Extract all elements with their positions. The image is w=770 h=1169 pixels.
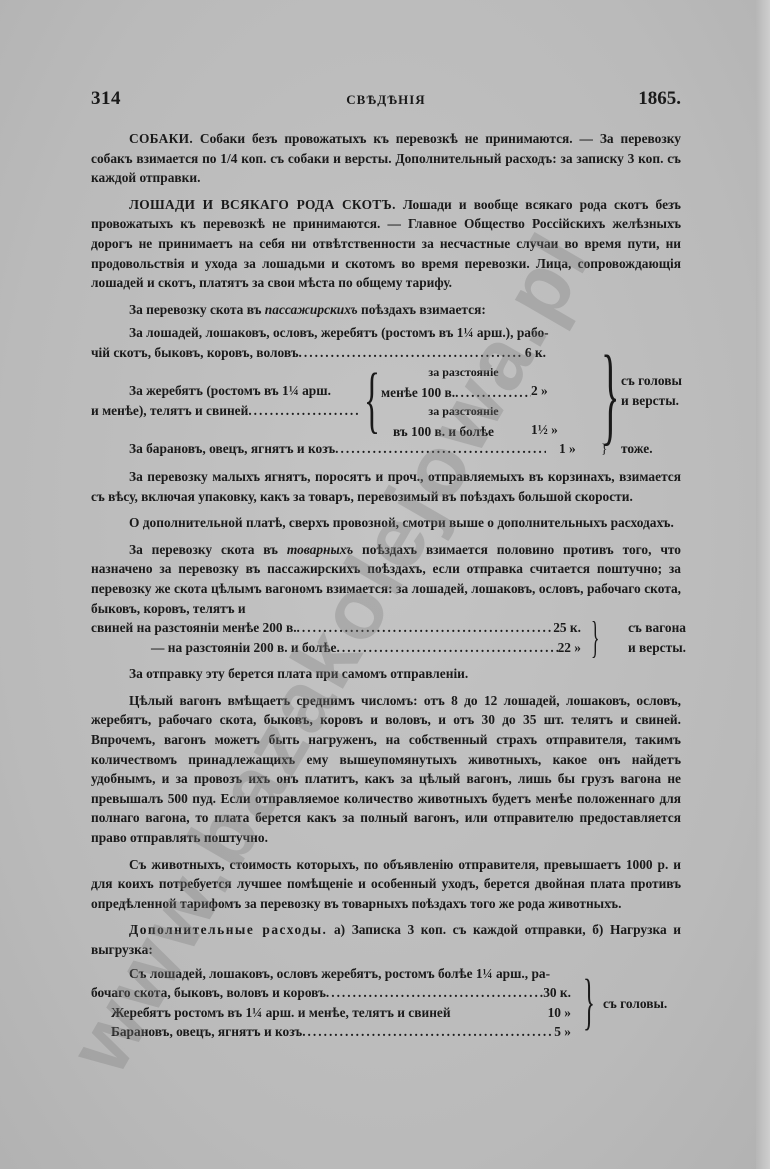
brace-right: } [601, 339, 619, 449]
tariff-value-sheep: 1 » [559, 439, 576, 459]
wagon-rates-table: свиней на разстояніи менѣе 200 в. ......… [91, 618, 681, 657]
running-title: СВѢДѢНІЯ [91, 92, 681, 108]
paragraph-small-animals: За перевозку малыхъ ягнятъ, поросятъ и п… [91, 467, 681, 506]
wagon-rate-short: свиней на разстояніи менѣе 200 в. ......… [91, 618, 581, 638]
tariff-grid: чій скотъ, быковъ, коровъ, воловъ 6 к. З… [91, 343, 681, 439]
tariff-value-long: 1½ » [531, 420, 591, 440]
loading-rates-table: Съ лошадей, лошаковъ, ословъ жеребятъ, р… [91, 964, 681, 1042]
wagon-rate-long: — на разстояніи 200 в. и болѣе .........… [91, 638, 581, 658]
tariff-value-short: 2 » [531, 381, 591, 401]
tariff-row-sheep: За барановъ, овецъ, ягнятъ и козъ 1 » } … [91, 439, 681, 461]
loading-rate-unit: съ головы. [603, 994, 667, 1014]
wagon-rate-unit: съ вагона и версты. [606, 618, 686, 657]
loading-rate-horses: бочаго скота, быковъ, воловъ и коровъ ..… [91, 983, 571, 1003]
tariff-distance-options: за разстояніе менѣе 100 в. за разстояніе… [381, 363, 546, 441]
section-heading-dogs: СОБАКИ. [129, 131, 193, 146]
intro-italic: пассажирскихъ [265, 302, 358, 317]
tariff-value-horses: 6 к. [521, 343, 546, 363]
scanned-page: 314 СВѢДѢНІЯ 1865. СОБАКИ. Собаки безъ п… [0, 0, 770, 1169]
header-year: 1865. [638, 88, 681, 110]
paragraph-freight: За перевозку скота въ товарныхъ поѣздахъ… [91, 540, 681, 618]
paragraph-horses: ЛОШАДИ И ВСЯКАГО РОДА СКОТЪ. Лошади и во… [91, 195, 681, 293]
tariff-unit-sheep: тоже. [621, 439, 653, 459]
tariff-row-horses-line2: чій скотъ, быковъ, коровъ, воловъ 6 к. [91, 343, 546, 363]
passenger-tariff-table: За перевозку скота въ пассажирскихъ поѣз… [91, 300, 681, 461]
brace-left: { [364, 363, 380, 437]
section-heading-horses: ЛОШАДИ И ВСЯКАГО РОДА СКОТЪ. [129, 197, 396, 212]
passenger-tariff-intro: За перевозку скота въ пассажирскихъ поѣз… [91, 300, 681, 320]
loading-rate-foals: Жеребятъ ростомъ въ 1¼ арш. и менѣе, тел… [91, 1003, 571, 1023]
tariff-row-horses-line1: За лошадей, лошаковъ, ословъ, жеребятъ (… [91, 323, 681, 343]
tariff-row-foals-label: За жеребятъ (ростомъ въ 1¼ арш. и менѣе)… [91, 381, 361, 420]
loading-rate-sheep: Барановъ, овецъ, ягнятъ и козъ .........… [91, 1022, 571, 1042]
paragraph-valuable-animals: Съ животныхъ, стоимость которыхъ, по объ… [91, 855, 681, 914]
paragraph-payment-note: За отправку эту берется плата при самомъ… [91, 664, 681, 684]
page-edge-shadow [756, 0, 770, 1169]
paragraph-dogs: СОБАКИ. Собаки безъ провожатыхъ къ перев… [91, 129, 681, 188]
paragraph-additional: Дополнительные расходы. а) Записка 3 коп… [91, 920, 681, 959]
section-heading-additional: Дополнительные расходы. [129, 922, 327, 937]
body-text: СОБАКИ. Собаки безъ провожатыхъ къ перев… [91, 129, 681, 1042]
paragraph-full-wagon: Цѣлый вагонъ вмѣщаетъ среднимъ числомъ: … [91, 691, 681, 848]
paragraph-extra-payment: О дополнительной платѣ, сверхъ провозной… [91, 513, 681, 533]
page-header: 314 СВѢДѢНІЯ 1865. [91, 88, 681, 112]
tariff-unit: съ головы и версты. [621, 371, 691, 410]
